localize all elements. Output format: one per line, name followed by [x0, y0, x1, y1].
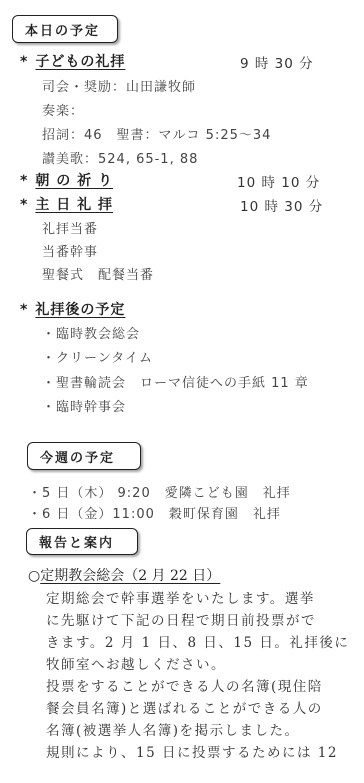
hymns-line: 讃美歌：524, 65-1, 88	[42, 148, 198, 167]
reports-label: 報告と案内	[26, 528, 138, 555]
week-item-thursday: ・5 日（木） 9:20 愛隣こども園 礼拝	[28, 482, 291, 501]
after-item-bible-reading: ・聖書輪読会 ローマ信徒への手紙 11 章	[42, 372, 309, 391]
after-item-general-meeting: ・臨時教会総会	[42, 323, 140, 342]
today-schedule-label-text: 本日の予定	[25, 20, 100, 39]
worship-duty-line: 礼拝当番	[42, 218, 98, 237]
today-schedule-label: 本日の予定	[12, 15, 118, 43]
children-service-heading: * 子どもの礼拝	[20, 51, 125, 71]
asterisk-marker: *	[20, 173, 27, 189]
asterisk-marker: *	[20, 54, 27, 70]
circle-marker: ○	[28, 568, 40, 584]
morning-prayer-time: 10 時 10 分	[237, 171, 320, 191]
after-service-title: 礼拝後の予定	[35, 302, 125, 318]
notice-line-3: きます。2 月 1 日、8 日、15 日。礼拝後に	[46, 631, 349, 651]
week-item-friday: ・6 日（金）11:00 穀町保育園 礼拝	[28, 503, 281, 522]
reports-label-text: 報告と案内	[39, 532, 114, 551]
notice-heading: ○定期教会総会（2 月 22 日）	[28, 565, 220, 585]
asterisk-marker: *	[20, 302, 27, 318]
after-item-board-meeting: ・臨時幹事会	[42, 396, 126, 415]
sunday-service-heading: * 主 日 礼 拝	[20, 194, 113, 214]
notice-line-8: 規則により、15 日に投票するためには 12	[46, 741, 338, 761]
this-week-label-text: 今週の予定	[40, 447, 115, 466]
notice-line-4: 牧師室へお越しください。	[46, 653, 226, 673]
communion-line: 聖餐式 配餐当番	[42, 264, 154, 283]
organist-line: 奏楽：	[42, 100, 84, 119]
morning-prayer-heading: * 朝 の 祈 り	[20, 170, 113, 190]
after-service-heading: * 礼拝後の予定	[20, 299, 125, 319]
notice-line-7: 名簿(被選挙人名簿)を掲示しました。	[46, 719, 300, 739]
this-week-label: 今週の予定	[27, 442, 141, 470]
notice-title: 定期教会総会（2 月 22 日）	[40, 568, 220, 584]
notice-line-5: 投票をすることができる人の名簿(現住陪	[46, 675, 323, 695]
children-service-time: 9 時 30 分	[240, 52, 314, 72]
notice-line-6: 餐会員名簿)と選ばれることができる人の	[46, 697, 323, 717]
sunday-service-time: 10 時 30 分	[240, 195, 323, 215]
duty-officer-line: 当番幹事	[42, 241, 98, 260]
after-item-clean-time: ・クリーンタイム	[42, 347, 153, 366]
notice-line-1: 定期総会で幹事選挙をいたします。選挙	[46, 587, 315, 607]
notice-line-2: に先駆けて下記の日程で期日前投票がで	[46, 609, 316, 629]
sunday-service-title: 主 日 礼 拝	[35, 197, 113, 213]
asterisk-marker: *	[20, 197, 27, 213]
scripture-line: 招詞：46 聖書：マルコ 5:25～34	[42, 124, 271, 143]
morning-prayer-title: 朝 の 祈 り	[35, 173, 113, 189]
children-service-title: 子どもの礼拝	[35, 54, 125, 70]
officiant-line: 司会・奨励：山田謙牧師	[42, 76, 196, 95]
